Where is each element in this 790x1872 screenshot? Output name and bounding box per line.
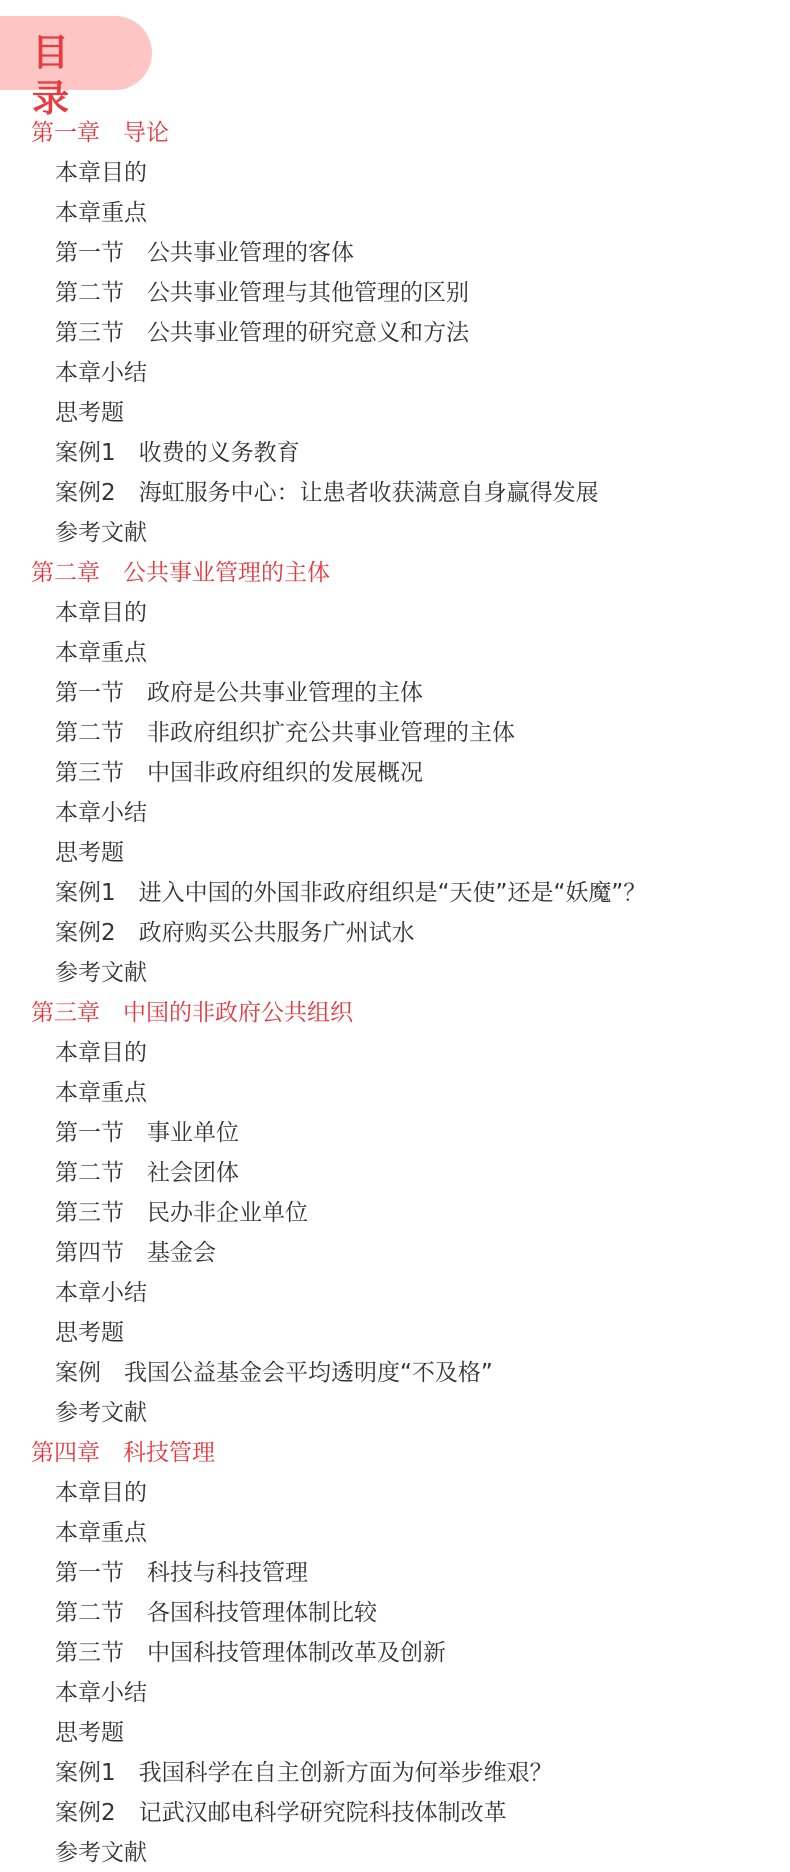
toc-title: 目 录	[32, 30, 152, 122]
toc-entry[interactable]: 第三节 公共事业管理的研究意义和方法	[0, 313, 790, 353]
toc-entry[interactable]: 思考题	[0, 833, 790, 873]
toc-entry[interactable]: 第二节 非政府组织扩充公共事业管理的主体	[0, 713, 790, 753]
toc-entry[interactable]: 参考文献	[0, 1833, 790, 1872]
toc-entry[interactable]: 第一节 科技与科技管理	[0, 1553, 790, 1593]
toc-entry[interactable]: 案例2 海虹服务中心：让患者收获满意自身赢得发展	[0, 473, 790, 513]
toc-entry[interactable]: 第二节 各国科技管理体制比较	[0, 1593, 790, 1633]
chapter-title[interactable]: 第一章 导论	[0, 113, 790, 153]
chapter-title[interactable]: 第二章 公共事业管理的主体	[0, 553, 790, 593]
toc-entry[interactable]: 本章目的	[0, 1473, 790, 1513]
toc-entry[interactable]: 本章目的	[0, 593, 790, 633]
toc-entry[interactable]: 本章目的	[0, 153, 790, 193]
toc-entry[interactable]: 案例2 记武汉邮电科学研究院科技体制改革	[0, 1793, 790, 1833]
toc-entry[interactable]: 案例1 我国科学在自主创新方面为何举步维艰？	[0, 1753, 790, 1793]
toc-entry[interactable]: 本章重点	[0, 1513, 790, 1553]
toc-entry[interactable]: 第一节 公共事业管理的客体	[0, 233, 790, 273]
toc-entry[interactable]: 思考题	[0, 1313, 790, 1353]
table-of-contents: 第一章 导论 本章目的 本章重点 第一节 公共事业管理的客体 第二节 公共事业管…	[0, 113, 790, 1872]
toc-entry[interactable]: 第一节 政府是公共事业管理的主体	[0, 673, 790, 713]
toc-entry[interactable]: 本章重点	[0, 193, 790, 233]
toc-entry[interactable]: 思考题	[0, 1713, 790, 1753]
toc-entry[interactable]: 案例1 收费的义务教育	[0, 433, 790, 473]
toc-entry[interactable]: 第三节 中国科技管理体制改革及创新	[0, 1633, 790, 1673]
toc-entry[interactable]: 本章重点	[0, 1073, 790, 1113]
toc-entry[interactable]: 参考文献	[0, 1393, 790, 1433]
toc-entry[interactable]: 案例1 进入中国的外国非政府组织是“天使”还是“妖魔”？	[0, 873, 790, 913]
toc-entry[interactable]: 第二节 公共事业管理与其他管理的区别	[0, 273, 790, 313]
toc-entry[interactable]: 本章目的	[0, 1033, 790, 1073]
toc-entry[interactable]: 思考题	[0, 393, 790, 433]
toc-entry[interactable]: 本章重点	[0, 633, 790, 673]
toc-entry[interactable]: 参考文献	[0, 953, 790, 993]
chapter-title[interactable]: 第四章 科技管理	[0, 1433, 790, 1473]
toc-entry[interactable]: 第四节 基金会	[0, 1233, 790, 1273]
toc-entry[interactable]: 本章小结	[0, 1273, 790, 1313]
toc-entry[interactable]: 第一节 事业单位	[0, 1113, 790, 1153]
toc-entry[interactable]: 第三节 中国非政府组织的发展概况	[0, 753, 790, 793]
chapter-title[interactable]: 第三章 中国的非政府公共组织	[0, 993, 790, 1033]
toc-entry[interactable]: 参考文献	[0, 513, 790, 553]
toc-entry[interactable]: 本章小结	[0, 353, 790, 393]
toc-entry[interactable]: 本章小结	[0, 793, 790, 833]
toc-entry[interactable]: 案例 我国公益基金会平均透明度“不及格”	[0, 1353, 790, 1393]
toc-entry[interactable]: 第三节 民办非企业单位	[0, 1193, 790, 1233]
toc-header: 目 录	[0, 16, 152, 90]
toc-entry[interactable]: 第二节 社会团体	[0, 1153, 790, 1193]
toc-entry[interactable]: 本章小结	[0, 1673, 790, 1713]
toc-entry[interactable]: 案例2 政府购买公共服务广州试水	[0, 913, 790, 953]
